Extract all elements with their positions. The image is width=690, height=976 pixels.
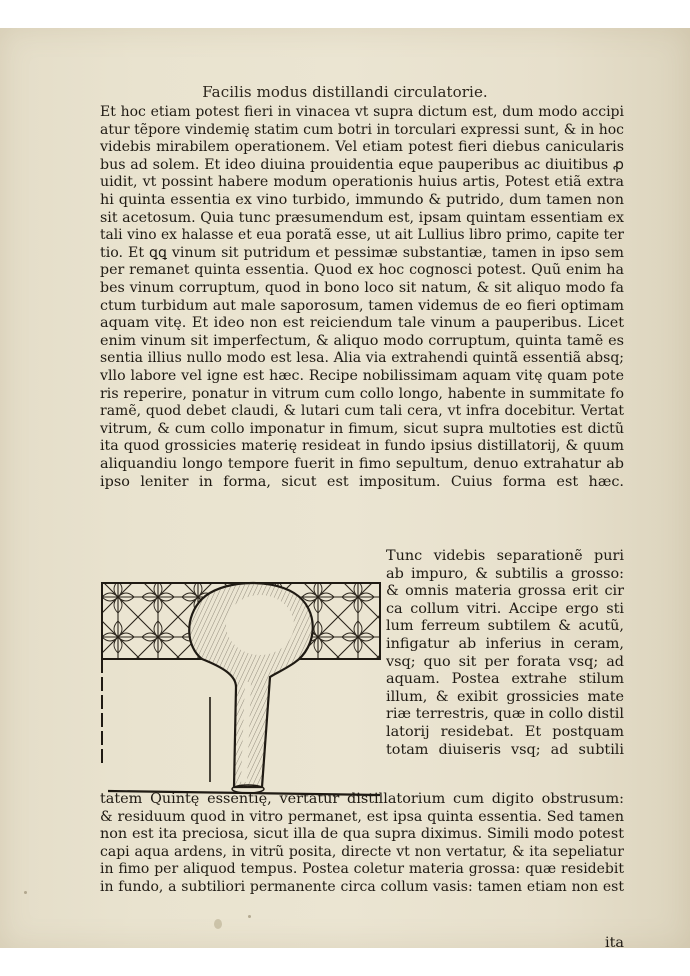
paper-stain — [214, 919, 222, 929]
text-line: vllo labore vel igne est hæc. Recipe nob… — [100, 368, 624, 386]
text-line: ris reperire, ponatur in vitrum cum coll… — [100, 386, 624, 404]
text-line: ramẽ, quod debet claudi, & lutari cum ta… — [100, 403, 624, 421]
text-line: in fundo, a subtiliori permanente circa … — [100, 879, 624, 897]
text-line: ita quod grossicies materię resideat in … — [100, 438, 624, 456]
text-line: enim vinum sit imperfectum, & aliquo mod… — [100, 333, 624, 351]
text-line: per remanet quinta essentia. Quod ex hoc… — [100, 262, 624, 280]
text-line: atur tẽpore vindemię statim cum botri in… — [100, 122, 624, 140]
text-line: & residuum quod in vitro permanet, est i… — [100, 809, 624, 827]
text-line: vitrum, & cum collo imponatur in fimum, … — [100, 421, 624, 439]
text-line: sentia illius nullo modo est lesa. Alia … — [100, 350, 624, 368]
text-line: infigatur ab inferius in ceram, — [386, 636, 624, 654]
text-line: ipso leniter in forma, sicut est imposit… — [100, 474, 624, 492]
text-line: ab impuro, & subtilis a grosso: — [386, 566, 624, 584]
text-line: aquam vitę. Et ideo non est reiciendum t… — [100, 315, 624, 333]
text-line: capi aqua ardens, in vitrũ posita, direc… — [100, 844, 624, 862]
text-line: ca collum vitri. Accipe ergo sti — [386, 601, 624, 619]
paper-speck — [248, 915, 251, 918]
text-line: bus ad solem. Et ideo diuina prouidentia… — [100, 157, 624, 175]
book-page: Facilis modus distillandi circulatorie. … — [0, 28, 690, 948]
text-line: latorij residebat. Et postquam — [386, 724, 624, 742]
text-line: bes vinum corruptum, quod in bono loco s… — [100, 280, 624, 298]
text-line: in fimo per aliquod tempus. Postea colet… — [100, 861, 624, 879]
catchword: ita — [100, 935, 624, 953]
text-line: ctum turbidum aut male saporosum, tamen … — [100, 298, 624, 316]
text-line: & omnis materia grossa erit cir — [386, 583, 624, 601]
text-line: aliquandiu longo tempore fuerit in fimo … — [100, 456, 624, 474]
text-line: videbis mirabilem operationem. Vel etiam… — [100, 139, 624, 157]
text-line: uidit, vt possint habere modum operation… — [100, 174, 624, 192]
text-line: Tunc videbis separationẽ puri — [386, 548, 624, 566]
text-line: Et hoc etiam potest fieri in vinacea vt … — [100, 104, 624, 122]
running-head: Facilis modus distillandi circulatorie. — [0, 83, 690, 101]
text-line: tatem Quintę essentię, vertatur distilla… — [100, 791, 624, 809]
text-line: vsq; quo sit per forata vsq; ad — [386, 654, 624, 672]
text-line: aquam. Postea extrahe stilum — [386, 671, 624, 689]
text-line: hi quinta essentia ex vino turbido, immu… — [100, 192, 624, 210]
text-line: illum, & exibit grossicies mate — [386, 689, 624, 707]
text-line: tio. Et ꝗꝗ vinum sit putridum et pessimæ… — [100, 245, 624, 263]
paper-speck — [24, 891, 27, 894]
text-line: sit acetosum. Quia tunc præsumendum est,… — [100, 210, 624, 228]
text-line: tali vino ex halasse et eua poratã esse,… — [100, 227, 624, 245]
text-line: riæ terrestris, quæ in collo distil — [386, 706, 624, 724]
distillation-flask-woodcut-icon — [98, 577, 384, 805]
text-line: non est ita preciosa, sicut illa de qua … — [100, 826, 624, 844]
text-line: totam diuiseris vsq; ad subtili — [386, 742, 624, 760]
text-line: lum ferreum subtilem & acutũ, — [386, 618, 624, 636]
